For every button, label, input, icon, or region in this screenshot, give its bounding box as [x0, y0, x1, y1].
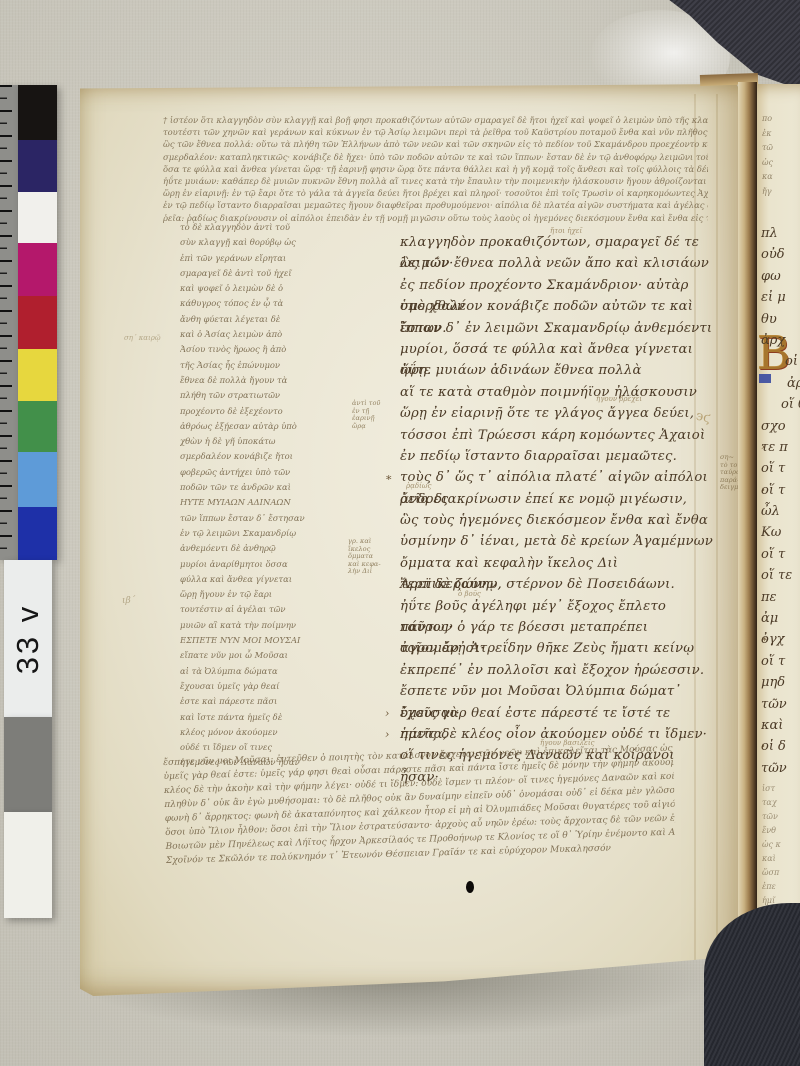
text-line	[18, 401, 57, 452]
parchment-crease	[716, 94, 718, 966]
text-line: κλέος μόνον ἀκούομεν	[180, 725, 338, 740]
text-line: οἵ θ	[761, 394, 800, 415]
text-line: τουτέστι τῶν χηνῶν καὶ γεράνων καὶ κύκνω…	[163, 126, 708, 138]
text-line: χθὼν ἡ δὲ γῆ ὑποκάτω	[180, 434, 338, 449]
text-line: ›ὑμεῖς γὰρ θεαί ἐστε πάρεστέ τε ἴστέ τε …	[400, 703, 714, 724]
text-line: τόσσοι ἐπὶ Τρώεσσι κάρη κομόωντες Ἀχαιοὶ	[400, 425, 714, 446]
text-line: ὡς	[762, 156, 800, 171]
text-line: πε	[761, 587, 800, 608]
text-line: ΕΣΠΕΤΕ ΝΥΝ ΜΟΙ ΜΟΥΣΑΙ	[180, 633, 338, 648]
left-scholia-column: τὸ δὲ κλαγγηδὸν ἀντὶ τοῦσὺν κλαγγῇ καὶ θ…	[180, 220, 338, 780]
manuscript-photo: 33 v † ἰστέον ὅτι κλαγγηδὸν σὺν κλαγγῇ κ…	[0, 0, 800, 1066]
text-line: ὥρῃ ἐν εἰαρινῇ: ἐν τῷ ἔαρι ὅτε τὸ γάλα τ…	[163, 187, 708, 199]
text-line: οἵ τ	[761, 651, 800, 672]
text-line: καὶ ψοφεῖ ὁ λειμὼν δὲ ὁ	[180, 281, 338, 296]
text-line	[18, 243, 57, 296]
text-line: ἐπε	[762, 880, 800, 894]
text-line: ἔνθ	[762, 824, 800, 838]
text-line: τοῖον ἄρ᾽ Ἀτρεΐδην θῆκε Ζεὺς ἤματι κείνῳ	[400, 638, 714, 659]
facing-top-scholia-fragments: ποἐκτῶὡςκαἤγ	[762, 112, 800, 199]
text-line: μυρίοι, ὅσσά τε φύλλα καὶ ἄνθεα γίγνεται…	[400, 339, 714, 360]
text-line: ἤγ	[762, 185, 800, 200]
quire-mark: ιβ´	[122, 596, 135, 606]
text-line: ἔσπετε νῦν μοι Μοῦσαι Ὀλύμπια δώματ᾽ ἔχο…	[400, 681, 714, 702]
text-line	[18, 140, 57, 192]
text-line: ὥρᾳ	[352, 423, 380, 431]
text-line: ἔθνεα δὲ πολλὰ ἤγουν τὰ	[180, 373, 338, 388]
text-line: Ἀσίου τινὸς ἥρωος ἢ ἀπὸ	[180, 342, 338, 357]
text-line: ποδῶν τῶν τε ἀνδρῶν καὶ	[180, 480, 338, 495]
text-line: ὡς κ	[762, 838, 800, 852]
text-line: ὣς τῶν ἔθνεα πολλά: οὕτω τὰ πλήθη τῶν Ἑλ…	[163, 138, 708, 150]
text-line: οἵ τ	[761, 458, 800, 479]
text-line: ἐκ	[762, 127, 800, 142]
text-line: ἐπὶ τῶν γεράνων εἴρηται	[180, 251, 338, 266]
text-line: μυρίοι ἀναρίθμητοι ὅσσα	[180, 557, 338, 572]
text-line: ἐν τῷ λειμῶνι Σκαμανδρίῳ	[180, 526, 338, 541]
text-line: σμαραγεῖ δὲ ἀντὶ τοῦ ἠχεῖ	[180, 266, 338, 281]
text-line: ∗ὀγχ	[761, 629, 800, 650]
text-line: σμερδαλέον κονάβιζε ἤτοι	[180, 449, 338, 464]
text-line: ὥρῃ ἐν εἰαρινῇ ὅτε τε γλάγος ἄγγεα δεύει…	[400, 403, 714, 424]
text-line: Ἄρεϊ δὲ ζώνην, στέρνον δὲ Ποσειδάωνι.	[400, 574, 714, 595]
text-line: ἠΰτε μυιάων: καθάπερ δὲ μυιῶν πυκνῶν ἔθν…	[163, 175, 708, 187]
text-line: καὶ	[761, 715, 800, 736]
text-line: ἄνθη φύεται λέγεται δὲ	[180, 312, 338, 327]
text-line: φω	[761, 266, 800, 287]
text-line: εἰ μ	[761, 287, 800, 308]
text-line: θυ	[761, 309, 800, 330]
text-line: λὴν Διὶ	[348, 568, 381, 576]
text-line: ∗τοὺς δ᾽ ὥς τ᾽ αἰπόλια πλατέ᾽ αἰγῶν αἰπό…	[400, 467, 714, 488]
text-line: ὅσα τε φύλλα καὶ ἄνθεα γίνεται ὥρᾳ· τῇ ἐ…	[163, 163, 708, 175]
text-line: οἵ τε	[761, 565, 800, 586]
text-line: ΗΥΤΕ ΜΥΙΑΩΝ ΑΔΙΝΑΩΝ	[180, 495, 338, 510]
text-line: ἠΰτε βοῦς ἀγέληφι μέγ᾽ ἔξοχος ἔπλετο πάν…	[400, 596, 714, 617]
ruler-cm-ticks	[0, 85, 12, 560]
bottom-scholia-block: ἔσπετε νῦν μοι Μοῦσαι: ἐντεῦθεν ὁ ποιητὴ…	[163, 742, 676, 874]
text-line: τῶ	[762, 141, 800, 156]
text-line: ›τε π	[761, 437, 800, 458]
text-line: ἐς πεδίον προχέοντο Σκαμάνδριον· αὐτὰρ ὑ…	[400, 275, 714, 296]
text-line: φύλλα καὶ ἄνθεα γίγνεται	[180, 572, 338, 587]
text-line	[18, 85, 57, 140]
fore-edge-gutter	[738, 82, 757, 960]
text-line: τουτέστιν αἱ ἀγέλαι τῶν	[180, 602, 338, 617]
facing-verse-fragments: πλοὐδφωεἰ μθυἀρχοἱ αἀρκοἵ θσχο›τε ποἵ τ›…	[761, 223, 800, 779]
text-line: καὶ	[762, 852, 800, 866]
text-line: ταῦρος· ὁ γάρ τε βόεσσι μεταπρέπει ἀγρομ…	[400, 617, 714, 638]
text-line: τῶν ἵππων ἔσταν δ᾽ ἔστησαν	[180, 511, 338, 526]
text-line: ταχ	[762, 796, 800, 810]
text-line: ἔχουσαι ὑμεῖς γὰρ θεαί	[180, 679, 338, 694]
text-line: τῆς Ἀσίας ἧς ἐπώνυμον	[180, 358, 338, 373]
page-34r: ποἐκτῶὡςκαἤγ Β πλοὐδφωεἰ μθυἀρχοἱ αἀρκοἵ…	[757, 84, 800, 942]
text-line: ὣς τοὺς ἡγεμόνες διεκόσμεον ἔνθα καὶ ἔνθ…	[400, 510, 714, 531]
text-line: Κω	[761, 522, 800, 543]
folio-label-text: 33 v	[10, 603, 46, 674]
text-line: ἐν πεδίῳ ἵσταντο διαρραῖσαι μεμαῶτες.	[400, 446, 714, 467]
text-line: αἵ τε κατὰ σταθμὸν ποιμνήϊον ἠλάσκουσιν	[400, 382, 714, 403]
text-line: οὐδ	[761, 244, 800, 265]
text-line: πλ	[761, 223, 800, 244]
text-line: ἀρκ	[761, 373, 800, 394]
text-line: τὸ δὲ κλαγγηδὸν ἀντὶ τοῦ	[180, 220, 338, 235]
text-line: αἱ τὰ Ὀλύμπια δώματα	[180, 664, 338, 679]
text-line: ἐκπρεπέ᾽ ἐν πολλοῖσι καὶ ἔξοχον ἡρώεσσιν…	[400, 660, 714, 681]
text-line: ›οἱ δ	[761, 736, 800, 757]
text-line: ἔσταν δ᾽ ἐν λειμῶνι Σκαμανδρίῳ ἀνθεμόεντ…	[400, 318, 714, 339]
text-line: ἠΰτε μυιάων ἁδινάων ἔθνεα πολλὰ	[400, 360, 714, 381]
text-line	[18, 296, 57, 349]
wormhole	[466, 881, 474, 893]
text-line: ὣς τῶν ἔθνεα πολλὰ νεῶν ἄπο καὶ κλισιάων	[400, 253, 714, 274]
text-line: κλαγγηδὸν προκαθιζόντων, σμαραγεῖ δέ τε …	[400, 232, 714, 253]
text-line: τῶν	[762, 810, 800, 824]
page-33v: † ἰστέον ὅτι κλαγγηδὸν σὺν κλαγγῇ καὶ βο…	[80, 84, 742, 996]
text-line: πο	[762, 112, 800, 127]
text-line: ἀρχ	[761, 330, 800, 351]
text-line: ›οἵ τ	[761, 480, 800, 501]
text-line: ὦλ	[761, 501, 800, 522]
marginal-flourish: ϶ϛ	[695, 409, 712, 427]
text-line: ἀνθεμόεντι δὲ ἀνθηρῷ	[180, 541, 338, 556]
text-line: κα	[762, 170, 800, 185]
iliad-verses: κλαγγηδὸν προκαθιζόντων, σμαραγεῖ δέ τε …	[400, 232, 714, 767]
text-line: σμερδαλέον κονάβιζε ποδῶν αὐτῶν τε καὶ ἵ…	[400, 296, 714, 317]
text-line: πλήθη τῶν στρατιωτῶν	[180, 388, 338, 403]
margin-note-d: ση´ καιρῷ	[124, 334, 161, 342]
text-line	[18, 452, 57, 507]
text-line: εἴπατε νῦν μοι ὦ Μοῦσαι	[180, 648, 338, 663]
text-line: τῶν	[761, 694, 800, 715]
text-line: ὑσμίνην δ᾽ ἰέναι, μετὰ δὲ κρείων Ἀγαμέμν…	[400, 531, 714, 552]
text-line: ὥσπ	[762, 866, 800, 880]
color-calibration-swatches	[18, 85, 57, 560]
text-line: σχο	[761, 416, 800, 437]
top-scholia-block: † ἰστέον ὅτι κλαγγηδὸν σὺν κλαγγῇ καὶ βο…	[163, 114, 708, 226]
ruler-strip	[0, 85, 18, 560]
folio-label: 33 v	[4, 560, 52, 717]
text-line: φοβερῶς ἀντήχει ὑπὸ τῶν	[180, 465, 338, 480]
text-line: ἀθρόως ἐξῄεσαν αὐτὰρ ὑπὸ	[180, 419, 338, 434]
text-line	[18, 349, 57, 401]
text-line: προχέοντο δὲ ἐξεχέοντο	[180, 404, 338, 419]
text-line: τῶν	[761, 758, 800, 779]
margin-note-b: γρ. καὶἴκελοςὄμματακαὶ κεφα-λὴν Διὶ	[348, 538, 381, 576]
text-line: οἵ τ	[761, 544, 800, 565]
text-line: μυιῶν αἳ κατὰ τὴν ποίμνην	[180, 618, 338, 633]
text-line: ἀμ	[761, 608, 800, 629]
margin-note-a: ἀντὶ τοῦἐν τῇἐαρινῇὥρᾳ	[352, 400, 380, 430]
facing-bottom-scholia-fragments: ἰστταχτῶνἔνθὡς κκαὶὥσπἐπεἡμῖ	[762, 782, 800, 908]
main-text-block: κλαγγηδὸν προκαθιζόντων, σμαραγεῖ δέ τε …	[400, 232, 714, 780]
text-line: καὶ ἴστε πάντα ἡμεῖς δὲ	[180, 710, 338, 725]
white-calibration-patch	[4, 812, 52, 918]
text-line: μηδ	[761, 672, 800, 693]
text-line: ἰστ	[762, 782, 800, 796]
text-line: ἐν τῷ πεδίῳ ἵσταντο διαρραῖσαι μεμαῶτες …	[163, 199, 708, 211]
text-line: ὄμματα καὶ κεφαλὴν ἴκελος Διὶ τερπικεραύ…	[400, 553, 714, 574]
text-line: σμερδαλέον: καταπληκτικῶς· κονάβιζε δὲ ἤ…	[163, 151, 708, 163]
text-line: καὶ ὁ Ἀσίας λειμὼν ἀπὸ	[180, 327, 338, 342]
text-line: οἱ α	[761, 351, 800, 372]
text-line: κάθυγρος τόπος ἐν ᾧ τὰ	[180, 296, 338, 311]
text-line: σὺν κλαγγῇ καὶ θορύβῳ ὡς	[180, 235, 338, 250]
text-line	[18, 192, 57, 243]
text-line: ῥεῖα διακρίνωσιν ἐπεί κε νομῷ μιγέωσιν,	[400, 489, 714, 510]
text-line: ὥρῃ ἤγουν ἐν τῷ ἔαρι	[180, 587, 338, 602]
text-line: ἐστε καὶ πάρεστε πᾶσι	[180, 694, 338, 709]
text-line	[18, 507, 57, 560]
text-line: † ἰστέον ὅτι κλαγγηδὸν σὺν κλαγγῇ καὶ βο…	[163, 114, 708, 126]
gray-calibration-patch	[4, 717, 52, 812]
